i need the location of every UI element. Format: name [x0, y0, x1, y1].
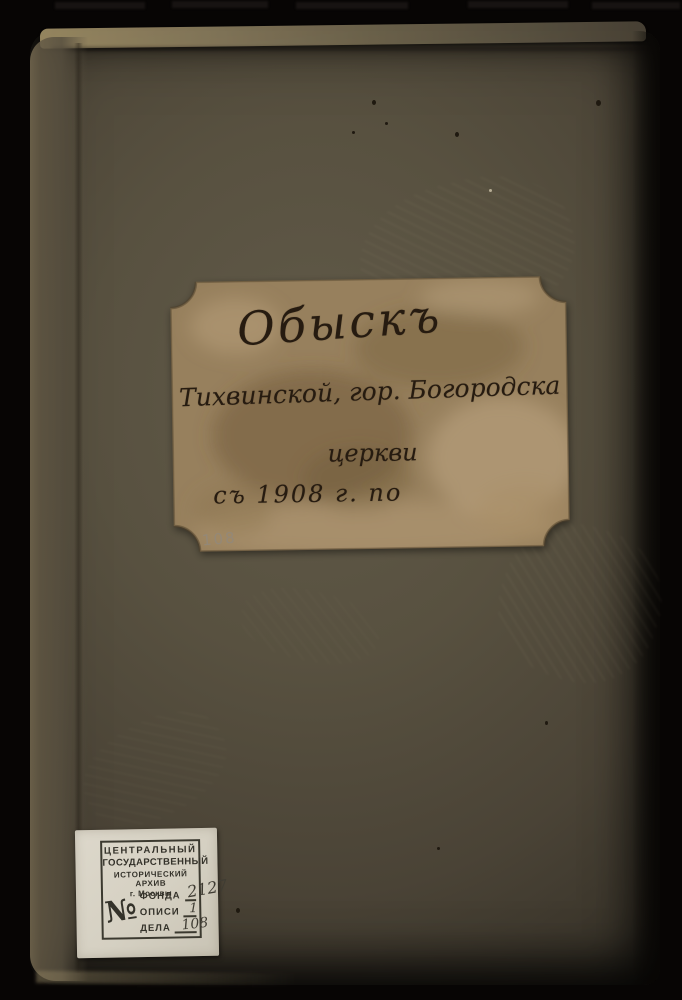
cover-speck — [455, 132, 459, 137]
book-bottom-edge-wear — [36, 971, 296, 985]
cover-speck — [545, 721, 548, 725]
cover-speck — [489, 189, 492, 192]
scanner-artifact — [468, 1, 568, 8]
stamp-field-row: ДЕЛА 108 — [140, 917, 197, 934]
cover-speck — [352, 131, 355, 134]
stamp-field-rows: ФОНДА 2127 ОПИСИ 1 ДЕЛА — [139, 885, 196, 934]
archive-stamp: ЦЕНТРАЛЬНЫЙ ГОСУДАРСТВЕННЫЙ ИСТОРИЧЕСКИЙ… — [75, 828, 219, 958]
title-label: Обыскъ Тихвинской, гор. Богородска церкв… — [170, 276, 570, 552]
cover-wear-mark — [66, 691, 243, 845]
book-top-edge — [40, 21, 646, 48]
scanner-artifact — [592, 2, 680, 9]
title-line-3: церкви — [292, 438, 452, 469]
title-line-4: съ 1908 г. по — [213, 479, 402, 510]
pencil-inventory-number: 108 — [201, 529, 237, 550]
stamp-field-label: ФОНДА — [139, 890, 180, 902]
stamp-field-value: 108 — [181, 915, 209, 934]
cover-speck — [372, 100, 376, 105]
stamp-number-sign: № — [103, 894, 139, 928]
cover-right-edge-shadow — [632, 31, 660, 985]
scanner-artifact — [296, 2, 408, 9]
stamp-field-label: ДЕЛА — [140, 923, 171, 935]
book-cover: Обыскъ Тихвинской, гор. Богородска церкв… — [30, 31, 660, 985]
stamp-org-line-1: ЦЕНТРАЛЬНЫЙ — [102, 844, 198, 857]
cover-speck — [236, 908, 240, 913]
cover-top-crease — [52, 47, 648, 51]
stamp-fields: № ФОНДА 2127 ОПИСИ 1 — [104, 885, 197, 935]
scanner-artifact — [172, 1, 268, 8]
cover-wear-mark — [234, 577, 385, 675]
stamp-field-value: 1 — [189, 901, 198, 916]
cover-speck — [385, 122, 388, 125]
scanner-artifact — [55, 2, 145, 9]
cover-speck — [596, 100, 601, 106]
stamp-org-line-2: ГОСУДАРСТВЕННЫЙ — [102, 856, 198, 869]
stamp-field-underline: 108 — [175, 915, 197, 933]
scan-background: Обыскъ Тихвинской, гор. Богородска церкв… — [0, 0, 682, 1000]
cover-speck — [437, 847, 440, 850]
archive-stamp-box: ЦЕНТРАЛЬНЫЙ ГОСУДАРСТВЕННЫЙ ИСТОРИЧЕСКИЙ… — [100, 839, 202, 940]
